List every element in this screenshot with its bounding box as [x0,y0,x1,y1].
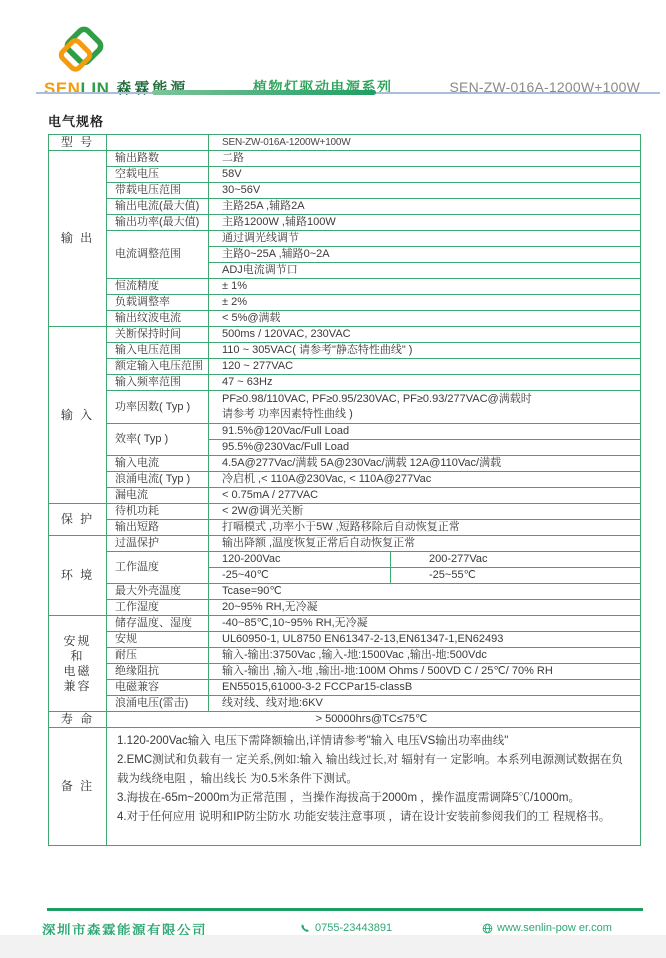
footer-website: www.senlin-pow er.com [482,922,612,934]
spec-row: 空载电压58V [49,167,641,183]
footer-website-url: www.senlin-pow er.com [497,922,612,934]
spec-row: 输入电流4.5A@277Vac/满载 5A@230Vac/满载 12A@110V… [49,456,641,472]
spec-row: 绝缘阻抗输入-输出 ,输入-地 ,输出-地:100M Ohms / 500VD … [49,664,641,680]
spec-row: 额定输入电压范围120 ~ 277VAC [49,359,641,375]
spec-value-cell: 91.5%@120Vac/Full Load [209,424,641,440]
spec-row: 安规和电磁兼容储存温度、湿度-40~85℃,10~95% RH,无冷凝 [49,616,641,632]
spec-value-cell: 110 ~ 305VAC( 请参考"静态特性曲线" ) [209,343,641,359]
spec-value-cell: -25~55℃ [391,568,641,584]
spec-row: 浪涌电流( Typ )冷启机 ,< 110A@230Vac, < 110A@27… [49,472,641,488]
spec-label-cell: 浪涌电流( Typ ) [107,472,209,488]
spec-label-cell: 浪涌电压(雷击) [107,696,209,712]
spec-row: 恒流精度± 1% [49,279,641,295]
spec-value-cell: ± 1% [209,279,641,295]
note-line: 2.EMC测试和负载有一 定关系,例如:输入 输出线过长,对 辐射有一 定影响。… [117,751,630,789]
spec-value-cell: 输入-输出:3750Vac ,输入-地:1500Vac ,输出-地:500Vdc [209,648,641,664]
spec-category-cell: 输 入 [49,327,107,504]
spec-label-cell: 待机功耗 [107,504,209,520]
spec-value-cell: 主路0~25A ,辅路0~2A [209,247,641,263]
spec-row: 耐压输入-输出:3750Vac ,输入-地:1500Vac ,输出-地:500V… [49,648,641,664]
spec-value-cell: 200-277Vac [391,552,641,568]
note-line: 3.海拔在-65m~2000m为正常范围 ，当操作海拔高于2000m ，操作温度… [117,789,630,808]
spec-label-cell: 工作温度 [107,552,209,584]
spec-row: 输出纹波电流< 5%@满载 [49,311,641,327]
spec-value-cell: 二路 [209,151,641,167]
spec-value-cell: 47 ~ 63Hz [209,375,641,391]
footer-phone-number: 0755-23443891 [315,922,392,934]
spec-row: 输出电流(最大值)主路25A ,辅路2A [49,199,641,215]
spec-value-cell: 打嗝模式 ,功率小于5W ,短路移除后自动恢复正常 [209,520,641,536]
spec-row: 输出短路打嗝模式 ,功率小于5W ,短路移除后自动恢复正常 [49,520,641,536]
spec-value-cell: UL60950-1, UL8750 EN61347-2-13,EN61347-1… [209,632,641,648]
spec-value-cell: 120-200Vac [209,552,391,568]
spec-value-cell: 120 ~ 277VAC [209,359,641,375]
spec-row: 输 出输出路数二路 [49,151,641,167]
spec-value-cell: PF≥0.98/110VAC, PF≥0.95/230VAC, PF≥0.93/… [209,391,641,424]
spec-row: 输出功率(最大值)主路1200W ,辅路100W [49,215,641,231]
spec-label-cell: 输入频率范围 [107,375,209,391]
phone-icon [300,923,311,934]
spec-value-cell: 58V [209,167,641,183]
spec-row: 输入电压范围110 ~ 305VAC( 请参考"静态特性曲线" ) [49,343,641,359]
spec-label-cell: 输出电流(最大值) [107,199,209,215]
spec-value-cell: 4.5A@277Vac/满载 5A@230Vac/满载 12A@110Vac/满… [209,456,641,472]
spec-label-cell: 过温保护 [107,536,209,552]
spec-row: 浪涌电压(雷击)线对线、线对地:6KV [49,696,641,712]
spec-label-cell: 输出短路 [107,520,209,536]
spec-value-cell: < 2W@调光关断 [209,504,641,520]
spec-row: 电磁兼容EN55015,61000-3-2 FCCPar15-classB [49,680,641,696]
spec-category-cell: 备 注 [49,728,107,846]
spec-value-cell: 20~95% RH,无冷凝 [209,600,641,616]
spec-label-cell: 关断保持时间 [107,327,209,343]
spec-label-cell: 工作湿度 [107,600,209,616]
spec-row: 电流调整范围通过调光线调节 [49,231,641,247]
spec-row: 最大外壳温度Tcase=90℃ [49,584,641,600]
page-title: 电气规格 [48,111,104,130]
spec-value-cell: ADJ电流调节口 [209,263,641,279]
spec-label-cell: 漏电流 [107,488,209,504]
spec-row: 工作湿度20~95% RH,无冷凝 [49,600,641,616]
page-bottom-band [0,935,666,958]
globe-icon [482,923,493,934]
spec-row: 型 号SEN-ZW-016A-1200W+100W [49,135,641,151]
spec-row: 寿 命> 50000hrs@TC≤75℃ [49,712,641,728]
note-line: 4.对于任何应用 说明和IP防尘防水 功能安装注意事项 ，请在设计安装前参阅我们… [117,808,630,827]
spec-value-cell: 冷启机 ,< 110A@230Vac, < 110A@277Vac [209,472,641,488]
spec-value-cell: 主路25A ,辅路2A [209,199,641,215]
spec-value-cell: 通过调光线调节 [209,231,641,247]
spec-label-cell: 安规 [107,632,209,648]
spec-row: 效率( Typ )91.5%@120Vac/Full Load [49,424,641,440]
spec-value-cell: < 0.75mA / 277VAC [209,488,641,504]
spec-row: 负载调整率± 2% [49,295,641,311]
spec-label-cell: 耐压 [107,648,209,664]
spec-label-cell: 储存温度、湿度 [107,616,209,632]
spec-value-cell: < 5%@满载 [209,311,641,327]
spec-label-cell: 输入电流 [107,456,209,472]
spec-label-cell: 输出功率(最大值) [107,215,209,231]
spec-category-cell: 输 出 [49,151,107,327]
spec-label-cell: 输出路数 [107,151,209,167]
spec-label-cell: 电磁兼容 [107,680,209,696]
spec-label-cell: 最大外壳温度 [107,584,209,600]
spec-value-cell: 输出降额 ,温度恢复正常后自动恢复正常 [209,536,641,552]
spec-label-cell: 电流调整范围 [107,231,209,279]
spec-value-cell: 30~56V [209,183,641,199]
spec-label-cell: 额定输入电压范围 [107,359,209,375]
spec-category-cell: 型 号 [49,135,107,151]
note-line: 1.120-200Vac输入 电压下需降额输出,详情请参考"输入 电压VS输出功… [117,732,630,751]
spec-value-cell: 输入-输出 ,输入-地 ,输出-地:100M Ohms / 500VD C / … [209,664,641,680]
diamond-link-icon [56,26,108,76]
spec-category-cell: 寿 命 [49,712,107,728]
spec-value-cell: -40~85℃,10~95% RH,无冷凝 [209,616,641,632]
spec-row: 保 护待机功耗< 2W@调光关断 [49,504,641,520]
spec-value-cell: ± 2% [209,295,641,311]
spec-table-container: 型 号SEN-ZW-016A-1200W+100W输 出输出路数二路空载电压58… [48,134,641,846]
spec-row: 漏电流< 0.75mA / 277VAC [49,488,641,504]
spec-category-cell: 保 护 [49,504,107,536]
spec-row: 安规UL60950-1, UL8750 EN61347-2-13,EN61347… [49,632,641,648]
spec-value-cell: Tcase=90℃ [209,584,641,600]
spec-row: 功率因数( Typ )PF≥0.98/110VAC, PF≥0.95/230VA… [49,391,641,424]
footer-phone: 0755-23443891 [300,922,392,934]
spec-value-cell: 95.5%@230Vac/Full Load [209,440,641,456]
spec-label-cell: 输入电压范围 [107,343,209,359]
spec-label-cell: 输出纹波电流 [107,311,209,327]
spec-row: 输入频率范围47 ~ 63Hz [49,375,641,391]
spec-value-cell: 线对线、线对地:6KV [209,696,641,712]
spec-label-cell: 绝缘阻抗 [107,664,209,680]
spec-row: 备 注1.120-200Vac输入 电压下需降额输出,详情请参考"输入 电压VS… [49,728,641,846]
spec-label-cell: 带载电压范围 [107,183,209,199]
footer-divider [47,908,643,911]
spec-row: 环 境过温保护输出降额 ,温度恢复正常后自动恢复正常 [49,536,641,552]
spec-label-cell [107,135,209,151]
spec-value-cell: SEN-ZW-016A-1200W+100W [209,135,641,151]
spec-value-cell: EN55015,61000-3-2 FCCPar15-classB [209,680,641,696]
spec-row: 输 入关断保持时间500ms / 120VAC, 230VAC [49,327,641,343]
spec-label-cell: 效率( Typ ) [107,424,209,456]
spec-value-cell: -25~40℃ [209,568,391,584]
spec-notes-cell: 1.120-200Vac输入 电压下需降额输出,详情请参考"输入 电压VS输出功… [107,728,641,846]
brand-lin-text: LIN [80,79,109,98]
spec-value-cell: > 50000hrs@TC≤75℃ [107,712,641,728]
brand-sen-text: SEN [44,79,80,98]
spec-category-cell: 安规和电磁兼容 [49,616,107,712]
spec-value-cell: 主路1200W ,辅路100W [209,215,641,231]
spec-label-cell: 功率因数( Typ ) [107,391,209,424]
spec-label-cell: 恒流精度 [107,279,209,295]
spec-row: 带载电压范围30~56V [49,183,641,199]
spec-row: 工作温度120-200Vac200-277Vac [49,552,641,568]
spec-label-cell: 负载调整率 [107,295,209,311]
spec-table: 型 号SEN-ZW-016A-1200W+100W输 出输出路数二路空载电压58… [48,134,641,846]
spec-category-cell: 环 境 [49,536,107,616]
brand-wordmark: SENLIN森霖能源 [44,77,188,99]
spec-value-cell: 500ms / 120VAC, 230VAC [209,327,641,343]
company-logo: SENLIN森霖能源 [44,26,188,99]
header-divider-green [152,90,376,95]
spec-label-cell: 空载电压 [107,167,209,183]
